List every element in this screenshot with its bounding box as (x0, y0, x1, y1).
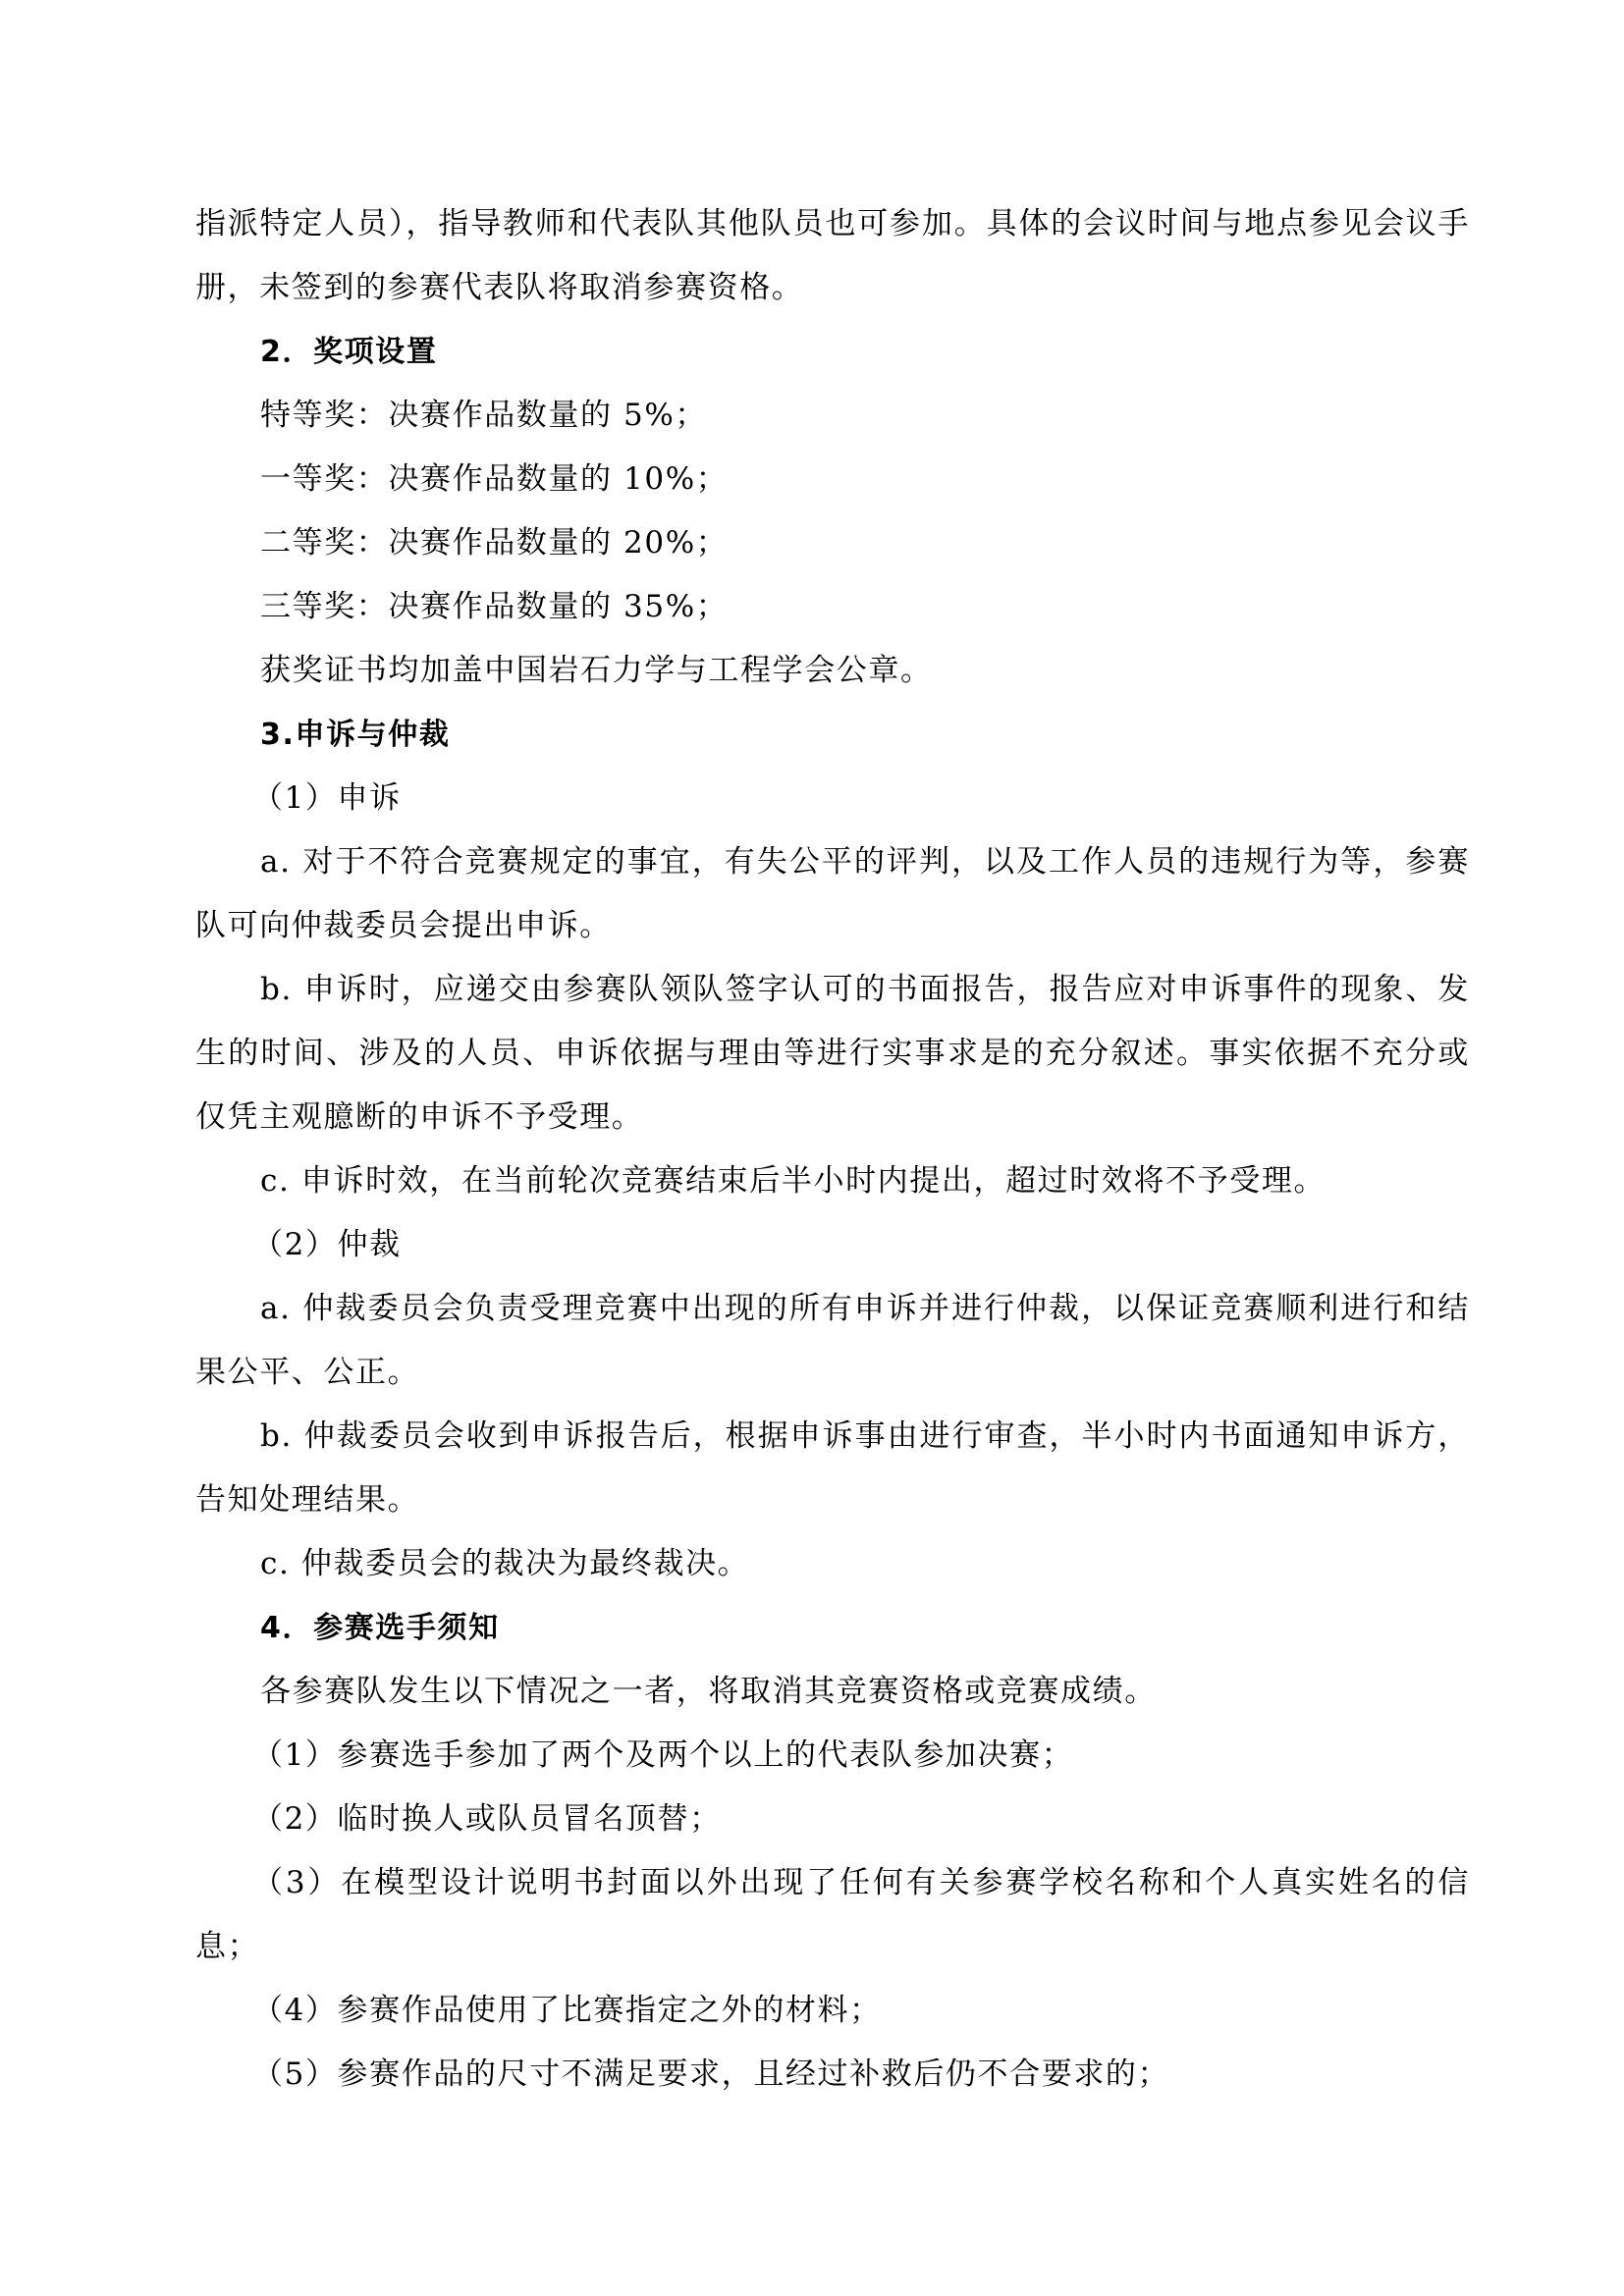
section-3-heading: 3.申诉与仲裁 (195, 703, 1470, 767)
continuation-paragraph: 指派特定人员），指导教师和代表队其他队员也可参加。具体的会议时间与地点参见会议手… (195, 192, 1470, 320)
award-first: 一等奖：决赛作品数量的 10%； (195, 448, 1470, 511)
arbitration-item-a: a. 仲裁委员会负责受理竞赛中出现的所有申诉并进行仲裁，以保证竞赛顺利进行和结果… (195, 1277, 1470, 1405)
appeal-item-a: a. 对于不符合竞赛规定的事宜，有失公平的评判，以及工作人员的违规行为等，参赛队… (195, 830, 1470, 958)
award-certificate-note: 获奖证书均加盖中国岩石力学与工程学会公章。 (195, 639, 1470, 703)
section-4-intro: 各参赛队发生以下情况之一者，将取消其竞赛资格或竞赛成绩。 (195, 1660, 1470, 1724)
rule-item-1: （1）参赛选手参加了两个及两个以上的代表队参加决赛； (195, 1724, 1470, 1788)
appeal-subheading: （1）申诉 (195, 767, 1470, 830)
appeal-item-c: c. 申诉时效，在当前轮次竞赛结束后半小时内提出，超过时效将不予受理。 (195, 1149, 1470, 1213)
arbitration-item-b: b. 仲裁委员会收到申诉报告后，根据申诉事由进行审查，半小时内书面通知申诉方，告… (195, 1405, 1470, 1532)
rule-item-4: （4）参赛作品使用了比赛指定之外的材料； (195, 1979, 1470, 2043)
appeal-item-b: b. 申诉时，应递交由参赛队领队签字认可的书面报告，报告应对申诉事件的现象、发生… (195, 958, 1470, 1149)
award-third: 三等奖：决赛作品数量的 35%； (195, 575, 1470, 639)
section-4-heading: 4．参赛选手须知 (195, 1596, 1470, 1660)
arbitration-subheading: （2）仲裁 (195, 1213, 1470, 1277)
document-page: 指派特定人员），指导教师和代表队其他队员也可参加。具体的会议时间与地点参见会议手… (195, 192, 1470, 2107)
award-second: 二等奖：决赛作品数量的 20%； (195, 511, 1470, 575)
rule-item-5: （5）参赛作品的尺寸不满足要求，且经过补救后仍不合要求的； (195, 2043, 1470, 2107)
section-2-heading: 2．奖项设置 (195, 320, 1470, 384)
award-special: 特等奖：决赛作品数量的 5%； (195, 384, 1470, 448)
rule-item-3: （3）在模型设计说明书封面以外出现了任何有关参赛学校名称和个人真实姓名的信息； (195, 1851, 1470, 1979)
arbitration-item-c: c. 仲裁委员会的裁决为最终裁决。 (195, 1532, 1470, 1596)
rule-item-2: （2）临时换人或队员冒名顶替； (195, 1788, 1470, 1851)
